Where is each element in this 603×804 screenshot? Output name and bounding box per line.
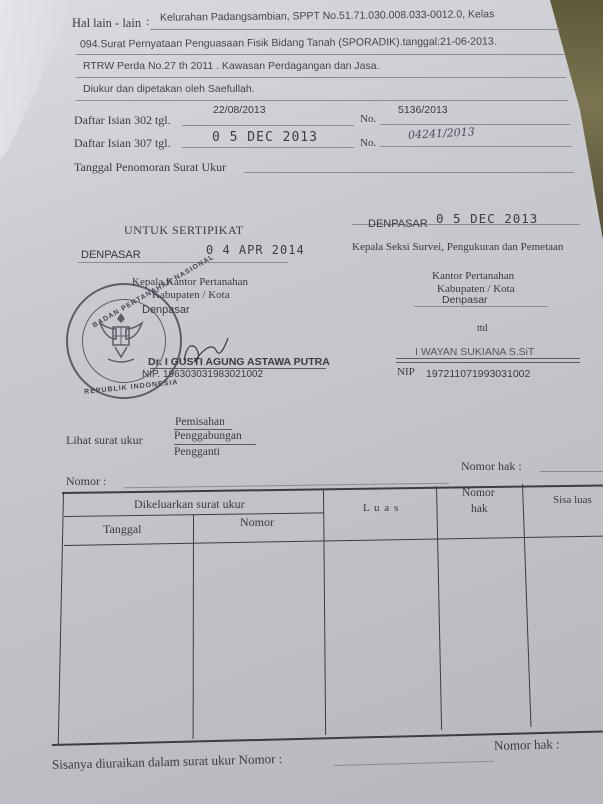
- hal-lain-colon: :: [146, 14, 149, 29]
- daftar-307-date-stamp: 0 5 DEC 2013: [212, 130, 318, 145]
- untuk-sertipikat-heading: UNTUK SERTIPIKAT: [124, 223, 244, 238]
- hal-lain-underline-4: [76, 100, 568, 101]
- daftar-302-date-line: [182, 125, 354, 126]
- daftar-302-no-line: [380, 124, 570, 125]
- table-col-luas: L u a s: [363, 502, 399, 514]
- right-ttd: ttd: [477, 323, 488, 334]
- lihat-option-underline-2: [174, 444, 256, 445]
- lihat-option-pemisahan: Pemisahan: [175, 416, 225, 428]
- right-nip-label: NIP: [397, 366, 415, 378]
- lihat-option-penggabungan: Penggabungan: [174, 430, 242, 442]
- nomor-label: Nomor :: [66, 474, 106, 489]
- nomor-hak-line: [540, 471, 603, 472]
- hal-lain-underline-2: [76, 54, 564, 55]
- lihat-label: Lihat surat ukur: [66, 433, 143, 448]
- hal-lain-line-4: Diukur dan dipetakan oleh Saefullah.: [83, 83, 255, 95]
- right-city: DENPASAR: [368, 218, 428, 230]
- left-office-line-3: Denpasar: [142, 304, 190, 316]
- daftar-307-date-line: [182, 147, 354, 148]
- penomoran-label: Tanggal Penomoran Surat Ukur: [74, 160, 226, 175]
- left-date-line: [78, 262, 288, 263]
- right-signer-underline-2: [396, 362, 580, 363]
- left-office-line-1: Kepala Kantor Pertanahan: [132, 276, 248, 288]
- table-group-header: Dikeluarkan surat ukur: [134, 497, 245, 512]
- table-col-nomor: Nomor: [240, 515, 274, 530]
- nomor-hak-label: Nomor hak :: [461, 459, 522, 474]
- hal-lain-label: Hal lain - lain: [72, 16, 141, 31]
- right-nip-value: 197211071993031002: [426, 368, 530, 380]
- right-office-line-1: Kantor Pertanahan: [432, 270, 514, 282]
- footer-nomor-hak-label: Nomor hak :: [494, 736, 560, 754]
- right-signer-name: I WAYAN SUKIANA S.SiT: [415, 346, 534, 358]
- table-col-tanggal: Tanggal: [103, 522, 141, 537]
- daftar-302-no-value: 5136/2013: [398, 104, 448, 116]
- right-signer-underline-1: [396, 358, 580, 359]
- hal-lain-underline-1: [150, 29, 560, 30]
- hal-lain-underline-3: [76, 77, 566, 78]
- daftar-302-no-label: No.: [360, 113, 376, 125]
- daftar-307-no-label: No.: [360, 137, 376, 149]
- left-office-line-2: Kabupaten / Kota: [152, 289, 230, 301]
- daftar-307-no-line: [380, 146, 572, 147]
- lihat-option-pengganti: Pengganti: [174, 446, 220, 458]
- right-date-stamp: 0 5 DEC 2013: [436, 211, 538, 226]
- penomoran-line: [244, 172, 574, 173]
- right-title: Kepala Seksi Survei, Pengukuran dan Peme…: [352, 241, 563, 253]
- daftar-302-label: Daftar Isian 302 tgl.: [74, 113, 171, 128]
- table-col-nomor-hak-line1: Nomor: [462, 487, 495, 499]
- daftar-307-label: Daftar Isian 307 tgl.: [74, 136, 171, 151]
- right-office-line-3: Denpasar: [442, 294, 488, 306]
- daftar-302-date: 22/08/2013: [213, 104, 266, 116]
- table-col-sisa-luas: Sisa luas: [553, 494, 592, 506]
- hal-lain-line-3: RTRW Perda No.27 th 2011 . Kawasan Perda…: [83, 60, 380, 72]
- left-signer-name: Dr. I GUSTI AGUNG ASTAWA PUTRA: [148, 356, 330, 368]
- left-date-stamp: 0 4 APR 2014: [206, 243, 305, 257]
- table-col-nomor-hak-line2: hak: [471, 503, 488, 515]
- left-signer-nip: NIP. 196303031983021002: [142, 369, 263, 380]
- right-office-underline: [414, 306, 548, 307]
- left-city: DENPASAR: [81, 249, 141, 261]
